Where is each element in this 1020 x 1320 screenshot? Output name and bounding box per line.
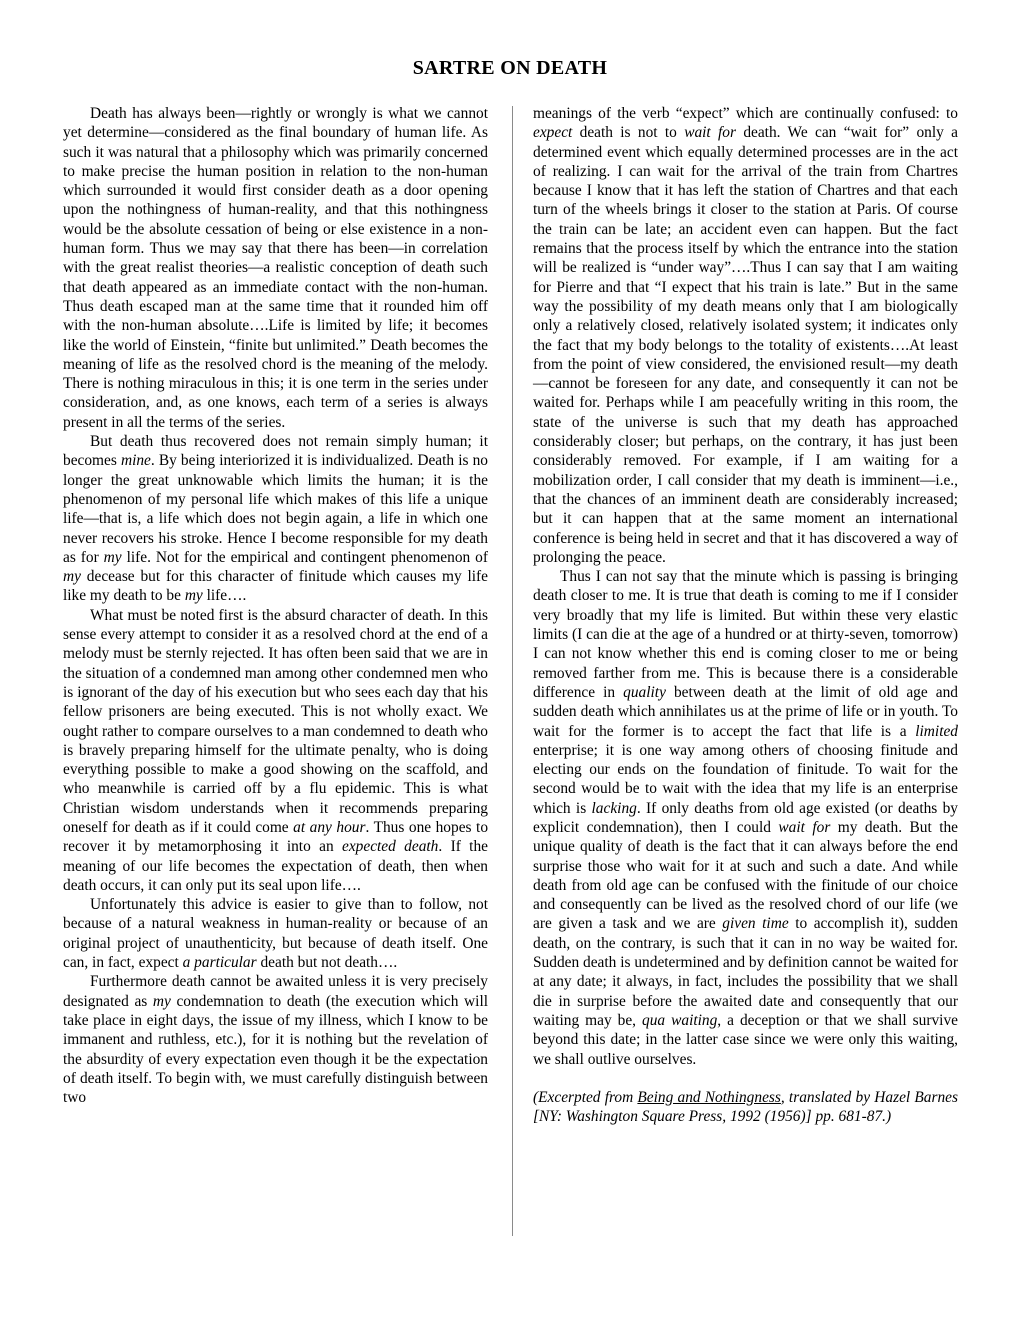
column-divider — [512, 106, 513, 1236]
text-run: death. We can “wait for” only a determin… — [533, 124, 958, 566]
text-run: death but not death…. — [257, 954, 398, 971]
text-run: What must be noted first is the absurd c… — [63, 607, 488, 836]
body-paragraph: Unfortunately this advice is easier to g… — [63, 895, 488, 972]
body-paragraph: Death has always been—rightly or wrongly… — [63, 104, 488, 432]
text-run: wait for — [684, 124, 736, 141]
right-column: meanings of the verb “expect” which are … — [533, 104, 958, 1126]
two-column-layout: Death has always been—rightly or wrongly… — [63, 104, 958, 1126]
text-run: life. Not for the empirical and continge… — [122, 549, 488, 566]
text-run: expected death — [342, 838, 438, 855]
left-column: Death has always been—rightly or wrongly… — [63, 104, 488, 1126]
text-run: my — [63, 568, 81, 585]
text-run: lacking — [592, 800, 637, 817]
text-run: Thus I can not say that the minute which… — [533, 568, 958, 701]
text-run: at any hour — [293, 819, 365, 836]
text-run: given time — [722, 915, 788, 932]
text-run: life…. — [203, 587, 247, 604]
text-run: death is not to — [572, 124, 684, 141]
text-run: Being and Nothingness — [637, 1089, 780, 1106]
body-paragraph: meanings of the verb “expect” which are … — [533, 104, 958, 567]
text-run: Death has always been—rightly or wrongly… — [63, 105, 488, 431]
text-run: expect — [533, 124, 572, 141]
text-run: my — [153, 993, 171, 1010]
text-run: (Excerpted from — [533, 1089, 637, 1106]
body-paragraph: Thus I can not say that the minute which… — [533, 567, 958, 1069]
text-run: meanings of the verb “expect” which are … — [533, 105, 958, 122]
body-paragraph: But death thus recovered does not remain… — [63, 432, 488, 606]
text-run: a particular — [183, 954, 257, 971]
body-paragraph: Furthermore death cannot be awaited unle… — [63, 972, 488, 1107]
text-run: decease but for this character of finitu… — [63, 568, 488, 604]
document-page: SARTRE ON DEATH Death has always been—ri… — [0, 0, 1020, 1320]
text-run: my — [185, 587, 203, 604]
text-run: mine — [121, 452, 151, 469]
page-title: SARTRE ON DEATH — [0, 57, 1020, 80]
body-paragraph: What must be noted first is the absurd c… — [63, 606, 488, 895]
text-run: qua waiting — [642, 1012, 717, 1029]
text-run: quality — [623, 684, 666, 701]
text-run: my — [104, 549, 122, 566]
text-run: limited — [915, 723, 958, 740]
text-run: wait for — [778, 819, 830, 836]
citation-paragraph: (Excerpted from Being and Nothingness, t… — [533, 1088, 958, 1127]
